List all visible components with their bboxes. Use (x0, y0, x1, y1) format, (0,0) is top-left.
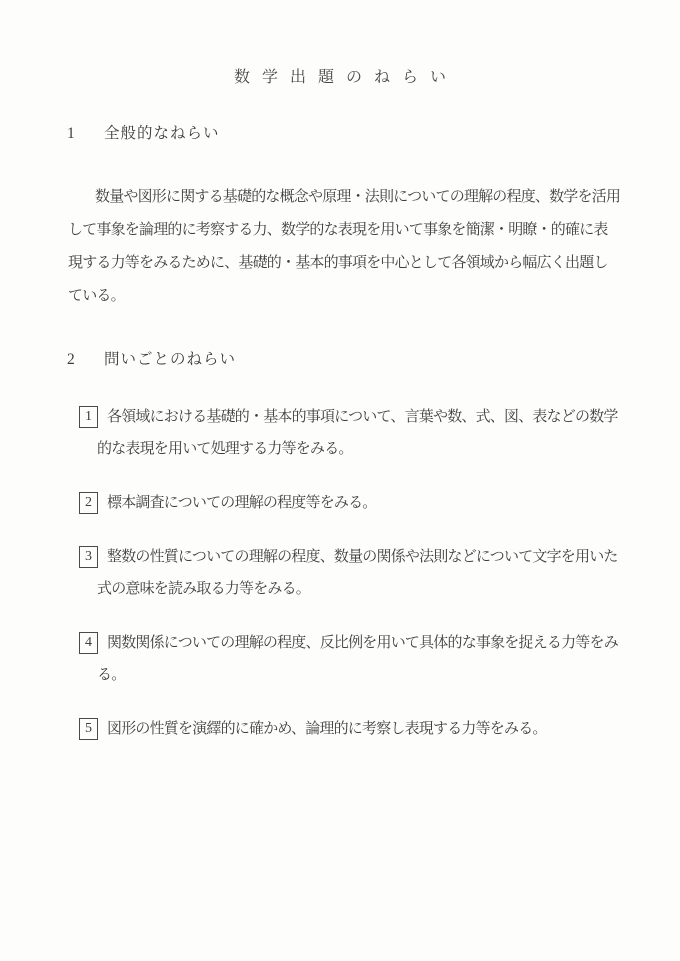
item-number-box: 4 (79, 632, 98, 654)
item-number: 1 (85, 410, 92, 424)
item-text: 整数の性質についての理解の程度、数量の関係や法則などについて文字を用いた 式の意… (107, 541, 618, 605)
item-line: 各領域における基礎的・基本的事項について、言葉や数、式、図、表などの数学 (107, 401, 618, 433)
item-line: 整数の性質についての理解の程度、数量の関係や法則などについて文字を用いた (107, 541, 618, 573)
paragraph-line: 現する力等をみるために、基礎的・基本的事項を中心として各領域から幅広く出題し (68, 247, 628, 280)
item-number: 5 (85, 722, 92, 736)
question-item-list: 1 各領域における基礎的・基本的事項について、言葉や数、式、図、表などの数学 的… (79, 401, 680, 745)
item-line: 的な表現を用いて処理する力等をみる。 (97, 433, 618, 465)
section-1-title: 全般的なねらい (104, 125, 220, 142)
question-item-1: 1 各領域における基礎的・基本的事項について、言葉や数、式、図、表などの数学 的… (79, 401, 680, 465)
paragraph-line: 数量や図形に関する基礎的な概念や原理・法則についての理解の程度、数学を活用 (68, 181, 628, 214)
question-item-5: 5 図形の性質を演繹的に確かめ、論理的に考察し表現する力等をみる。 (79, 713, 680, 745)
section-2-number: 2 (67, 349, 79, 370)
section-question-aims: 2問いごとのねらい 1 各領域における基礎的・基本的事項について、言葉や数、式、… (0, 349, 680, 745)
section-1-heading: 1全般的なねらい (67, 123, 680, 144)
item-number: 4 (85, 636, 92, 650)
item-line: 式の意味を読み取る力等をみる。 (97, 573, 618, 605)
item-text: 標本調査についての理解の程度等をみる。 (107, 487, 377, 519)
section-general-aims: 1全般的なねらい 数量や図形に関する基礎的な概念や原理・法則についての理解の程度… (0, 123, 680, 313)
item-line: 図形の性質を演繹的に確かめ、論理的に考察し表現する力等をみる。 (107, 713, 547, 745)
item-number-box: 2 (79, 492, 98, 514)
document-page: 数学出題のねらい 1全般的なねらい 数量や図形に関する基礎的な概念や原理・法則に… (0, 0, 680, 961)
item-text: 各領域における基礎的・基本的事項について、言葉や数、式、図、表などの数学 的な表… (107, 401, 618, 465)
paragraph-line: して事象を論理的に考察する力、数学的な表現を用いて事象を簡潔・明瞭・的確に表 (68, 214, 628, 247)
item-number-box: 1 (79, 406, 98, 428)
question-item-4: 4 関数関係についての理解の程度、反比例を用いて具体的な事象を捉える力等をみ る… (79, 627, 680, 691)
item-number: 2 (85, 496, 92, 510)
general-aims-paragraph: 数量や図形に関する基礎的な概念や原理・法則についての理解の程度、数学を活用 して… (68, 181, 628, 313)
document-title: 数学出題のねらい (0, 0, 680, 87)
item-number-box: 3 (79, 546, 98, 568)
item-line: る。 (97, 659, 618, 691)
section-2-heading: 2問いごとのねらい (67, 349, 680, 370)
item-number: 3 (85, 550, 92, 564)
section-2-title: 問いごとのねらい (104, 351, 236, 368)
item-line: 関数関係についての理解の程度、反比例を用いて具体的な事象を捉える力等をみ (107, 627, 618, 659)
question-item-2: 2 標本調査についての理解の程度等をみる。 (79, 487, 680, 519)
item-number-box: 5 (79, 718, 98, 740)
section-1-number: 1 (67, 123, 79, 144)
item-text: 図形の性質を演繹的に確かめ、論理的に考察し表現する力等をみる。 (107, 713, 547, 745)
paragraph-line: ている。 (68, 280, 628, 313)
item-text: 関数関係についての理解の程度、反比例を用いて具体的な事象を捉える力等をみ る。 (107, 627, 618, 691)
item-line: 標本調査についての理解の程度等をみる。 (107, 487, 377, 519)
question-item-3: 3 整数の性質についての理解の程度、数量の関係や法則などについて文字を用いた 式… (79, 541, 680, 605)
